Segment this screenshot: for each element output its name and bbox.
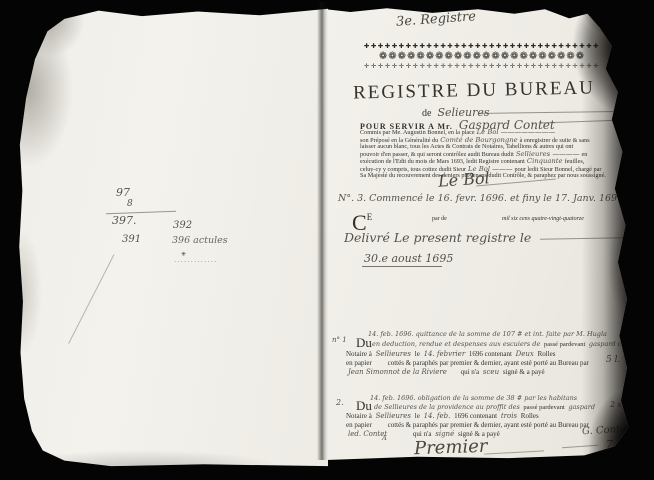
delivered-date-underline bbox=[362, 266, 442, 267]
delivered-date: 30.e aoust 1695 bbox=[364, 252, 453, 265]
folio-dash bbox=[562, 445, 598, 449]
entry2-porter-signature: G. Contet bbox=[582, 424, 631, 438]
commission-print: exécution de l'Edit du mois de Mars 1693… bbox=[360, 158, 525, 165]
note-dotted-line: ············· bbox=[174, 258, 217, 266]
entry2-line4: en papier cottés & paraphés par premier … bbox=[346, 421, 589, 429]
entry1-print: passé pardevant bbox=[544, 341, 585, 348]
premier-flourish: Premier bbox=[414, 436, 488, 460]
entry2-hand: trois bbox=[501, 412, 517, 420]
entry1-hand: gaspard contet bbox=[589, 340, 639, 348]
entry1-line3: Notaire à Sellieures le 14. febvrier 169… bbox=[346, 350, 556, 358]
premier-tail-flourish bbox=[484, 450, 544, 454]
entry1-hand: Jean Simonnot de la Riviere bbox=[348, 368, 447, 376]
commission-hand: Cinquante bbox=[527, 157, 563, 165]
entry1-margin-marker: n° 1 bbox=[332, 336, 347, 344]
left-page: 97 8 397. 392 391 396 actules ✳ ········… bbox=[18, 6, 328, 468]
entry1-print: en papier bbox=[346, 359, 372, 367]
note-97: 97 bbox=[116, 186, 130, 199]
subtitle-rule bbox=[478, 111, 618, 114]
scanned-register-spread: 97 8 397. 392 391 396 actules ✳ ········… bbox=[0, 0, 654, 480]
entry2-fee: 2 s. bbox=[610, 400, 624, 409]
entry2-print: Rolles bbox=[521, 412, 539, 420]
entry2-hand: de Sellieures de la providence au proffi… bbox=[374, 403, 520, 411]
ornament-band: ✚✚✚✚✚✚✚✚✚✚✚✚✚✚✚✚✚✚✚✚✚✚✚✚✚✚✚✚✚✚✚✚✚✚ ❁❁❁❁❁… bbox=[350, 42, 614, 71]
entry1-print: Notaire à bbox=[346, 350, 372, 358]
commission-hand: Le Bol ———————— bbox=[477, 128, 556, 136]
entry2-print: Notaire à bbox=[346, 412, 372, 420]
entry1-hand: 14. febvrier bbox=[424, 350, 466, 358]
note-396-actules: 396 actules bbox=[172, 235, 228, 246]
note-391: 391 bbox=[122, 234, 141, 245]
entry2-print: passé pardevant bbox=[523, 404, 564, 411]
entry2-print: le bbox=[415, 412, 420, 420]
entry1-line4: en papier cottés & paraphés par premier … bbox=[346, 359, 589, 367]
entry1-print: qui n'a bbox=[461, 368, 480, 376]
entry1-hand: en deduction, rendue et despenses aux es… bbox=[372, 340, 540, 348]
entry1-line5: Jean Simonnot de la Riviere qui n'a sceu… bbox=[346, 368, 545, 376]
entry1-print: Rolles bbox=[538, 350, 556, 358]
entry2-line-above: 14. feb. 1696. obligation de la somme de… bbox=[370, 394, 577, 402]
entry1-print: le bbox=[415, 350, 420, 358]
ornament-row-bottom: ✛✛✛✛✛✛✛✛✛✛✛✛✛✛✛✛✛✛✛✛✛✛✛✛✛✛✛✛✛✛✛✛✛✛ bbox=[350, 62, 614, 71]
ornament-row-top: ✚✚✚✚✚✚✚✚✚✚✚✚✚✚✚✚✚✚✚✚✚✚✚✚✚✚✚✚✚✚✚✚✚✚ bbox=[350, 42, 614, 51]
delivered-line: Delivré Le present registre le bbox=[344, 230, 531, 245]
note-397: 397. bbox=[112, 214, 137, 227]
entry1-hand: Sellieures bbox=[376, 350, 411, 358]
note-star-mark: ✳ bbox=[181, 251, 186, 258]
note-8: 8 bbox=[127, 199, 133, 209]
register-number-line: N°. 3. Commencé le 16. fevr. 1696. et fi… bbox=[338, 193, 651, 204]
note-392: 392 bbox=[173, 220, 192, 231]
ornament-row-middle: ❁❁❁❁❁❁❁❁❁❁❁❁❁❁❁❁❁❁❁❁❁❁ bbox=[350, 51, 614, 62]
right-page: 3e. Registre ✚✚✚✚✚✚✚✚✚✚✚✚✚✚✚✚✚✚✚✚✚✚✚✚✚✚✚… bbox=[326, 0, 630, 460]
entry2-hand: Sellieures bbox=[376, 412, 411, 420]
scratch-line bbox=[68, 254, 114, 344]
entry1-hand: sceu bbox=[483, 368, 499, 376]
entry2-print: en papier bbox=[346, 421, 372, 429]
entry1-line-above: 14. feb. 1696. quittance de la somme de … bbox=[368, 330, 607, 338]
mark-a: A bbox=[382, 434, 387, 442]
entry1-print: signé & a payé bbox=[503, 368, 545, 376]
entry1-print: 1696 contenant bbox=[469, 350, 512, 358]
lebol-signature: Le Bol bbox=[437, 168, 490, 191]
commission-print: Commis par Me. Augustin Bonnel, en la pl… bbox=[360, 129, 475, 136]
entry2-print: cottés & paraphés par premier & dernier,… bbox=[388, 421, 589, 429]
folio-number: 7 bbox=[606, 438, 613, 451]
entry2-hand: 14. feb. bbox=[424, 412, 451, 420]
commission-line: pouvoir d'en passer, & qui seront contrô… bbox=[360, 151, 616, 159]
commission-print: feuilles, bbox=[565, 158, 585, 165]
ce-year-print: mil six cens quatre-vingt-quatorze bbox=[502, 216, 584, 222]
delivered-rule bbox=[540, 237, 628, 240]
entry2-line3: Notaire à Sellieures le 14. feb. 1696 co… bbox=[346, 412, 539, 420]
ce-superscript: E bbox=[367, 212, 373, 222]
ce-mid-print: par de bbox=[432, 216, 447, 222]
commission-print: laisser aucun blanc, tous les Actes & Co… bbox=[360, 143, 573, 150]
page-title: REGISTRE DU BUREAU bbox=[346, 77, 602, 104]
entry2-hand: gaspard bbox=[568, 403, 595, 411]
entry1-hand: Deux bbox=[516, 350, 534, 358]
entry1-print: cottés & paraphés par premier & dernier,… bbox=[388, 359, 589, 367]
entry2-print: 1696 contenant bbox=[454, 412, 497, 420]
commission-print: pouvoir d'en passer, & qui seront contrô… bbox=[360, 151, 514, 158]
entry2-margin-marker: 2. bbox=[336, 398, 344, 407]
entry2-line2: de Sellieures de la providence au proffi… bbox=[372, 403, 597, 411]
entry1-fee: 5 l. bbox=[606, 355, 620, 365]
commission-print: en bbox=[582, 151, 588, 158]
entry1-line2: en deduction, rendue et despenses aux es… bbox=[370, 340, 640, 348]
top-inscription: 3e. Registre bbox=[396, 9, 477, 30]
